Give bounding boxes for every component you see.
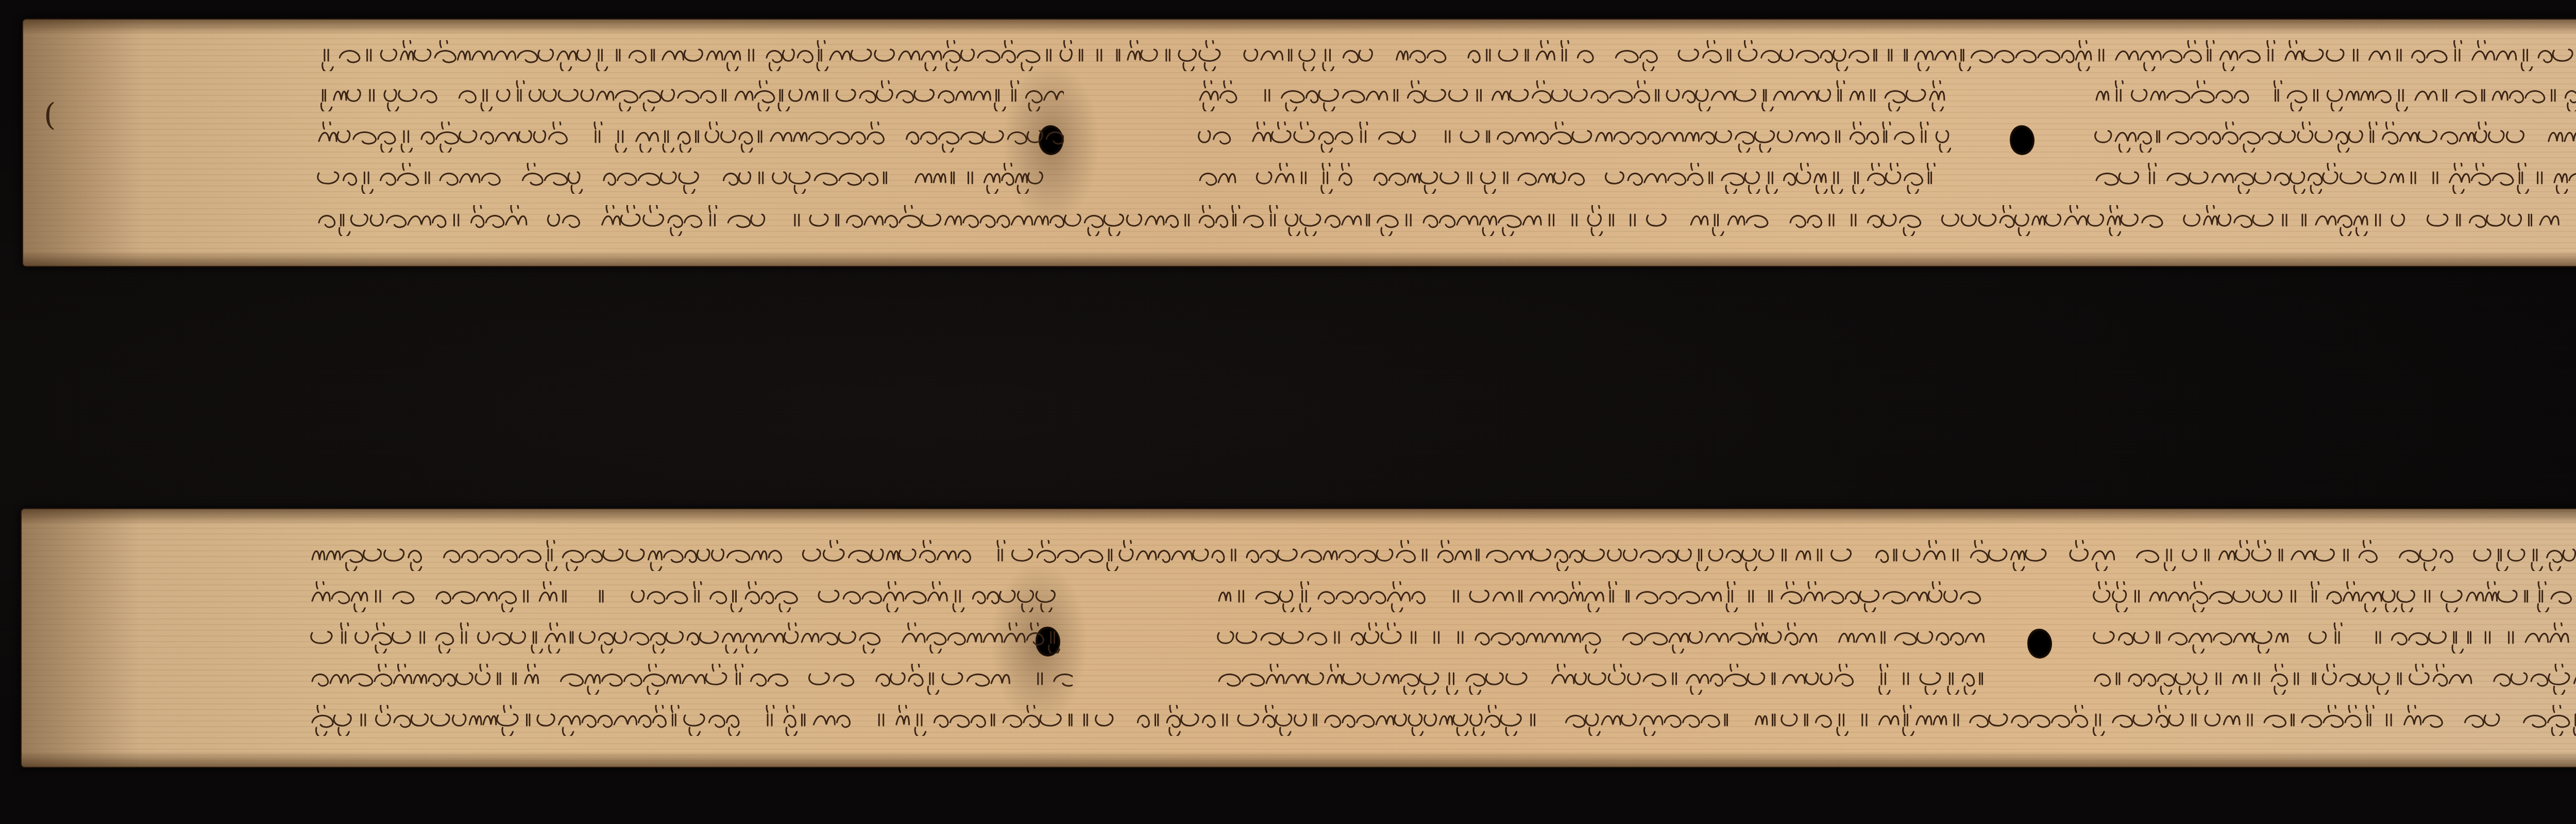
script-line [310,540,2576,571]
script-line [2093,581,2576,612]
script-line [310,581,1073,612]
script-line [2094,163,2576,194]
palm-leaf-folio-top: ( [23,20,2576,266]
string-hole-right [2010,125,2035,155]
string-hole-right [2027,629,2052,659]
script-line [310,705,2576,736]
margin-mark: ( [44,97,56,133]
script-line [2093,623,2576,653]
script-line [2093,664,2576,695]
script-line [310,664,1073,695]
script-line [1198,163,1955,194]
script-line [310,623,1073,653]
script-line [2094,80,2576,111]
script-line [317,122,1064,153]
script-line [317,40,2576,71]
script-line [317,163,1064,194]
script-line [1217,664,1995,695]
script-line [317,205,2576,236]
script-line [1217,623,1995,653]
script-line [2094,122,2576,153]
script-line [1198,122,1955,153]
script-line [1198,80,1955,111]
script-line [317,80,1064,111]
palm-leaf-folio-bottom [22,509,2576,767]
script-line [1217,581,1995,612]
